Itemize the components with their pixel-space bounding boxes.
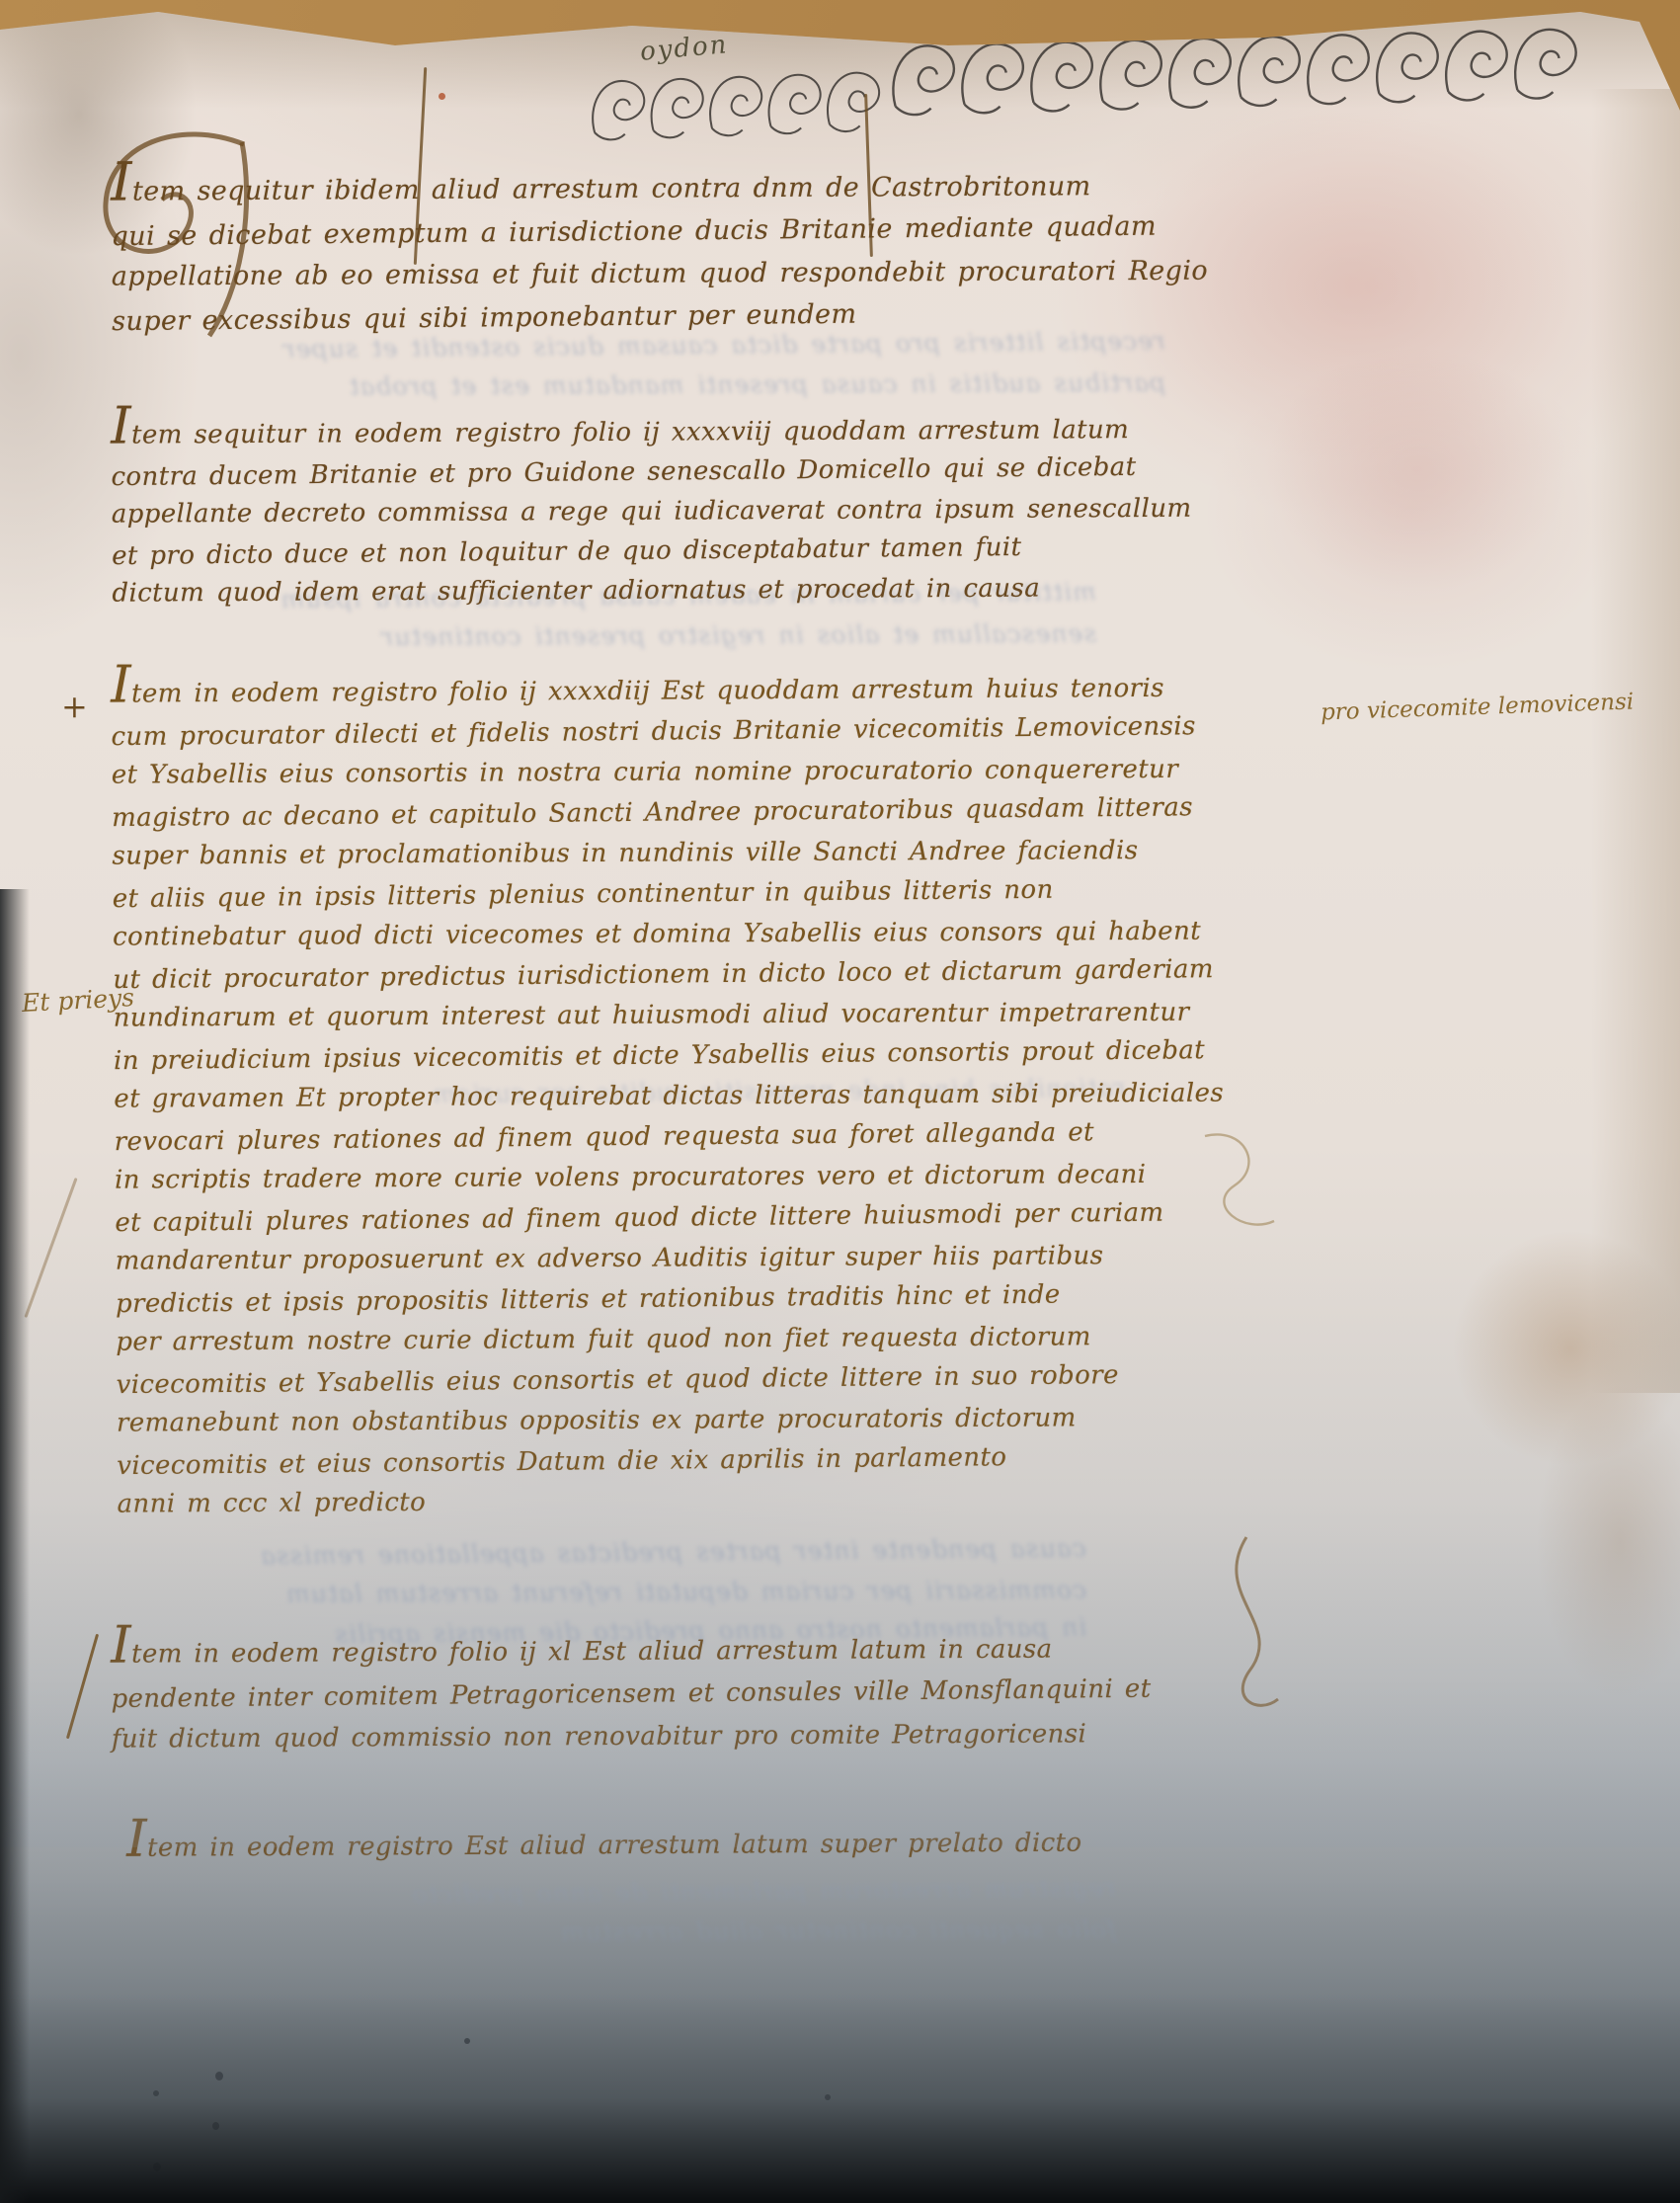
page-shadow-left-edge [0,889,30,2203]
manuscript-line: registrum arrestorum parlamenti de anno … [148,1868,1116,1917]
manuscript-line: causa pendente inter partes predictas ap… [119,1528,1086,1577]
stain [1536,1383,1680,1699]
manuscript-entry: Item sequitur ibidem aliud arrestum cont… [111,161,1209,342]
ink-speck [439,93,445,100]
ink-speck [825,2094,831,2100]
ink-speck [153,2090,159,2096]
ink-speck [464,2038,470,2044]
manuscript-line: fuit dictum quod commissio non renovabit… [112,1713,1152,1761]
ink-speck [153,2162,161,2171]
ink-speck [212,2122,219,2130]
ink-speck [215,2072,223,2081]
manuscript-entry: Item in eodem registro folio ij xxxxdiij… [111,665,1227,1526]
manuscript-line: Item in eodem registro Est aliud arrestu… [126,1822,1082,1869]
pen-flourish [1207,1533,1325,1731]
manuscript-entry: Item sequitur in eodem registro folio ij… [111,406,1192,614]
manuscript-line: dictum quod idem erat sufficienter adior… [112,568,1192,613]
stain [1452,1230,1680,1467]
manuscript-line: super excessibus qui sibi imponebantur p… [112,289,1209,343]
margin-slash-mark [24,1178,77,1318]
page-edge-shade-right [1591,89,1680,1393]
paraph-flourish-chain-right [888,16,1622,143]
manuscript-line: anni m ccc xl predicto [117,1479,1227,1525]
margin-slash-mark [66,1634,99,1740]
bleedthrough-band: registrum arrestorum parlamenti de anno … [148,1870,1117,1956]
manuscript-entry: Item in eodem registro folio ij xl Est a… [111,1626,1152,1762]
pen-flourish [1185,1126,1294,1255]
margin-cross-mark: + [61,688,88,725]
manuscript-entry: Item in eodem registro Est aliud arrestu… [126,1820,1082,1870]
manuscript-photo: { "page": { "kind": "medieval manuscript… [0,0,1680,2203]
stain [1264,346,1570,593]
margin-note-right: pro vicecomite lemovicensi [1320,689,1635,725]
manuscript-line: folio sequenti continetur aliud arrestum [148,1911,1116,1955]
parchment-page: oydon receptis litteris pro parte dicta … [0,0,1680,2203]
manuscript-line: partibus auditis in causa presenti manda… [198,364,1165,408]
manuscript-line: commissarii per curiam deputati referunt… [119,1571,1086,1615]
margin-note-left: Et prieys [21,983,134,1018]
paraph-flourish-chain-left [587,45,925,156]
manuscript-line: senescallum et alios in registro present… [128,614,1096,659]
